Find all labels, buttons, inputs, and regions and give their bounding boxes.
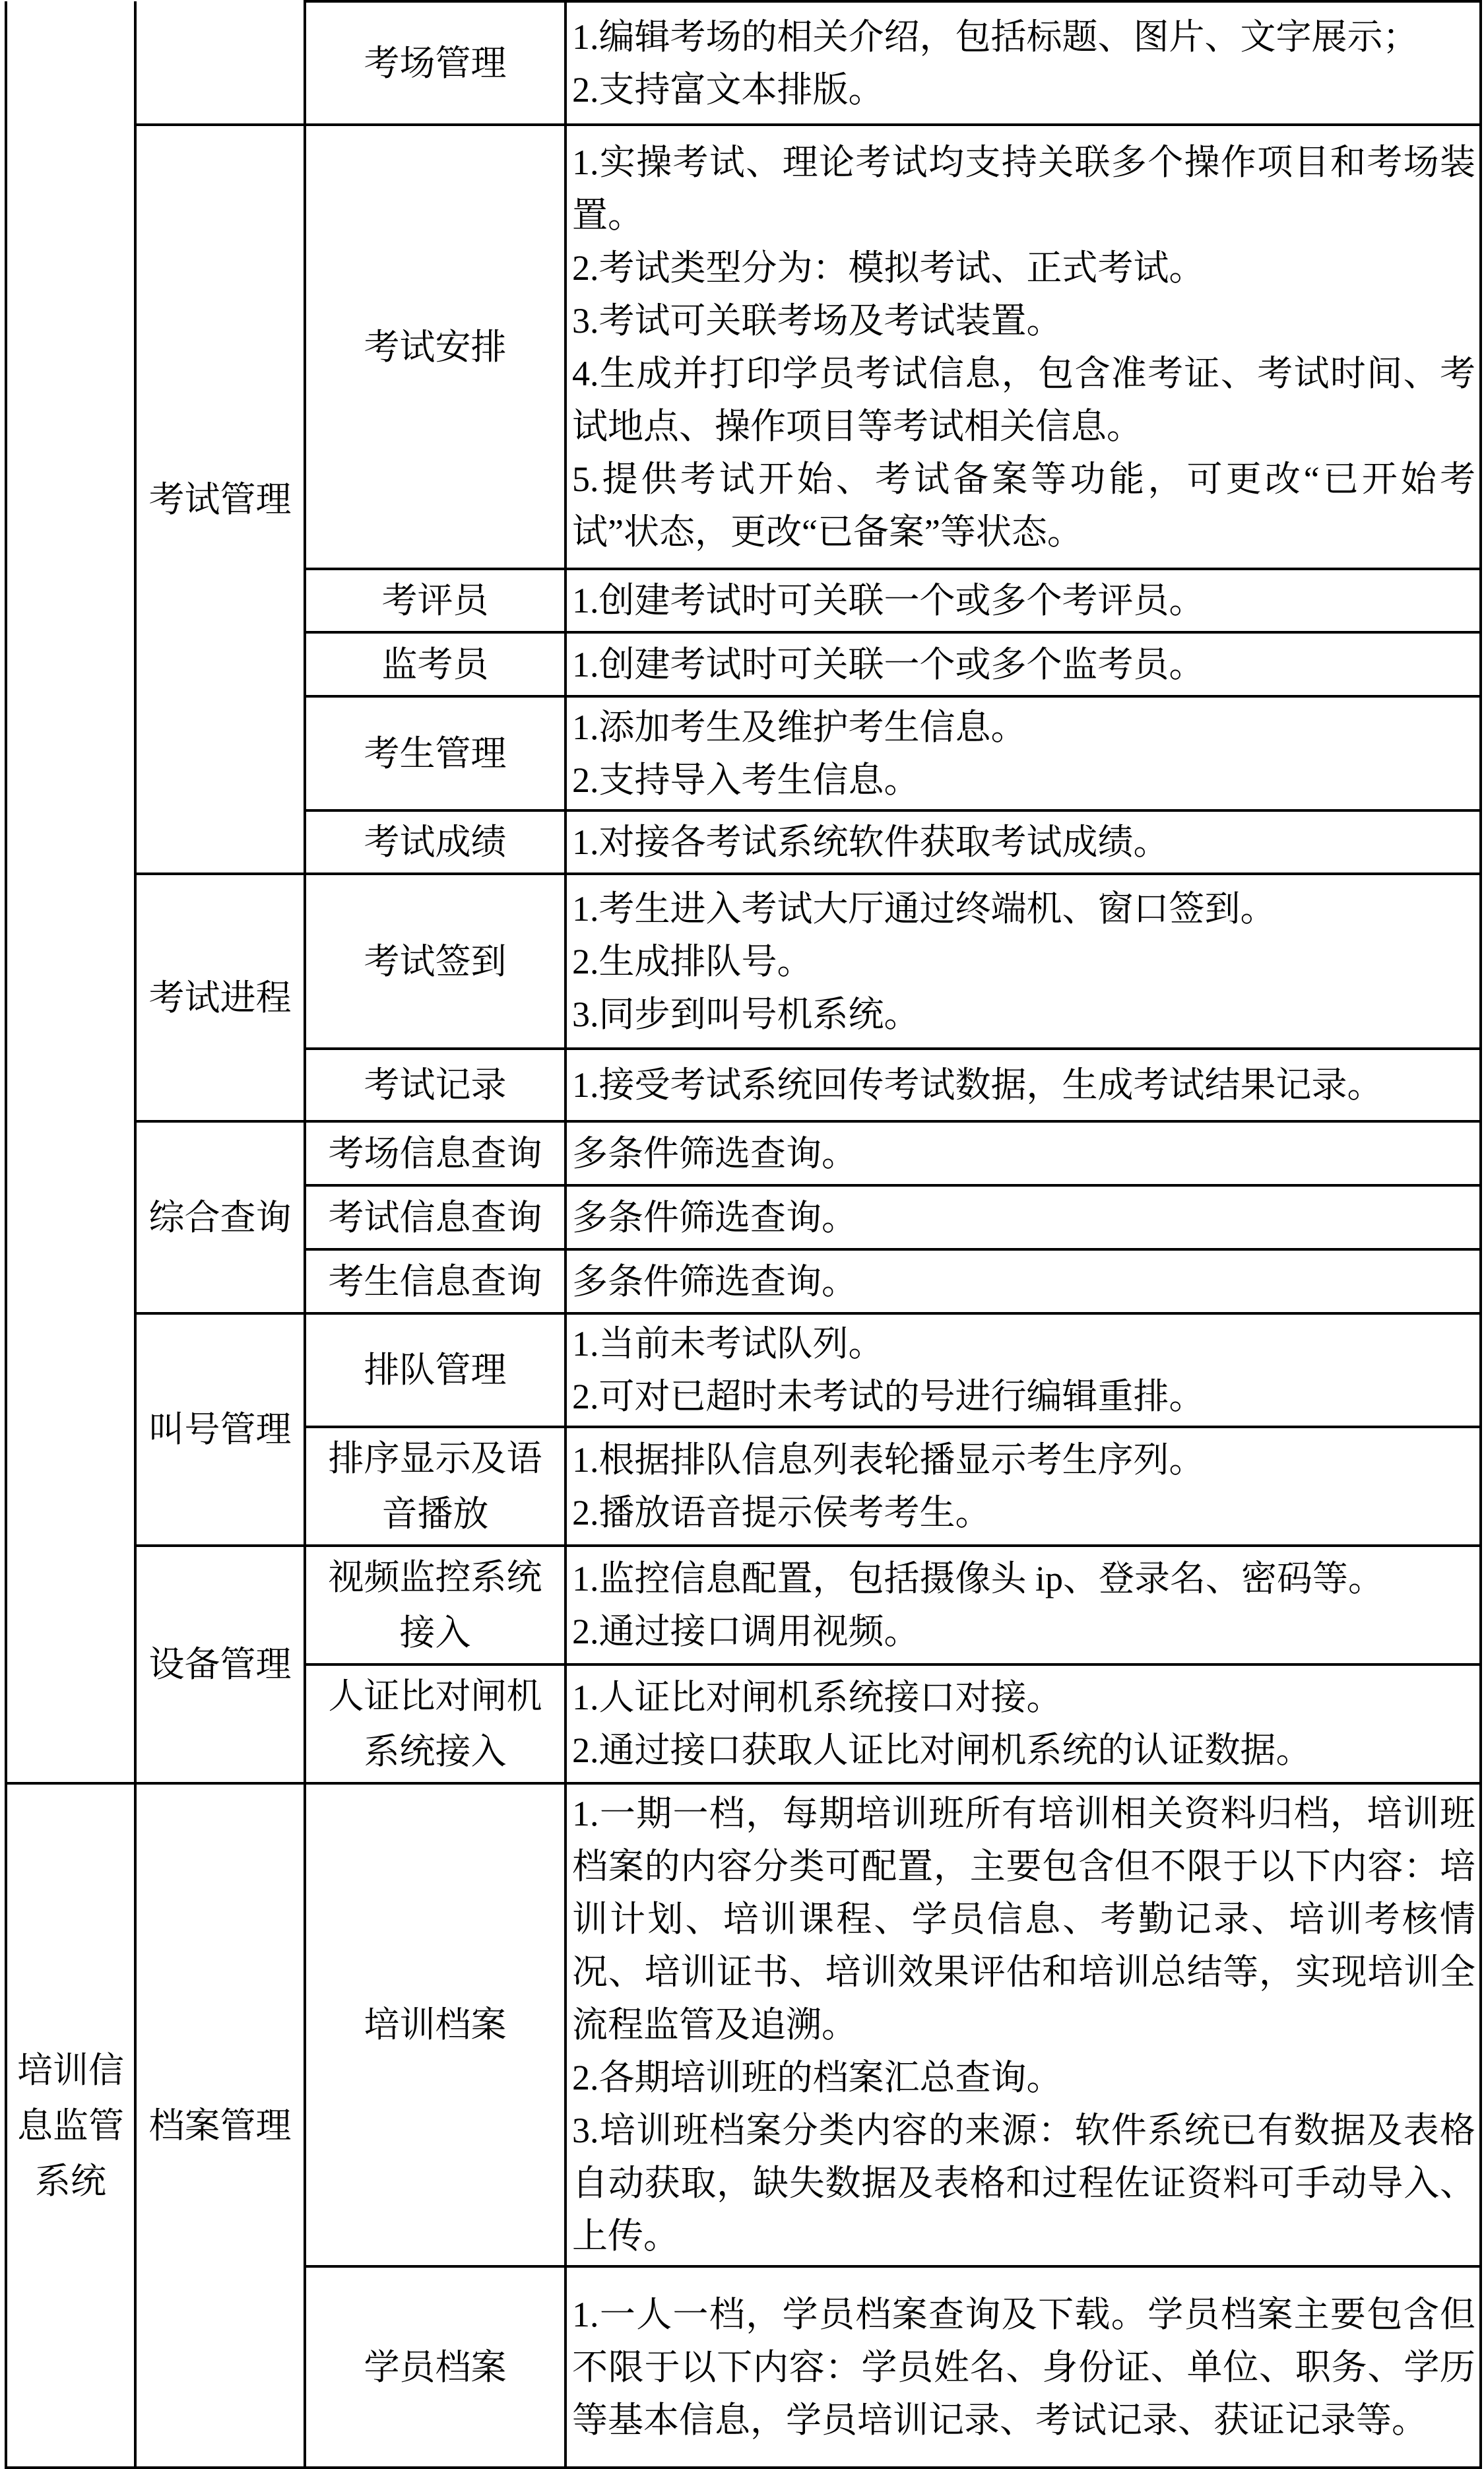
detail-item: 2.通过接口调用视频。 [572, 1605, 1475, 1658]
detail-cell: 1.一期一档，每期培训班所有培训相关资料归档，培训班档案的内容分类可配置，主要包… [565, 1783, 1481, 2266]
detail-item: 1.实操考试、理论考试均支持关联多个操作项目和考场装置。 [572, 136, 1475, 242]
module-cell-device-management: 设备管理 [135, 1546, 305, 1783]
detail-cell: 1.当前未考试队列。2.可对已超时未考试的号进行编辑重排。 [565, 1313, 1481, 1427]
detail-item: 1.当前未考试队列。 [572, 1317, 1475, 1370]
detail-cell: 1.根据排队信息列表轮播显示考生序列。2.播放语音提示侯考考生。 [565, 1427, 1481, 1546]
detail-cell: 1.创建考试时可关联一个或多个监考员。 [565, 632, 1481, 696]
detail-item: 1.人证比对闸机系统接口对接。 [572, 1671, 1475, 1724]
feature-cell: 考试信息查询 [305, 1185, 565, 1249]
detail-item: 多条件筛选查询。 [572, 1255, 1475, 1308]
detail-item: 1.一人一档，学员档案查询及下载。学员档案主要包含但不限于以下内容：学员姓名、身… [572, 2288, 1475, 2447]
detail-item: 3.同步到叫号机系统。 [572, 988, 1475, 1041]
detail-cell: 1.考生进入考试大厅通过终端机、窗口签到。2.生成排队号。3.同步到叫号机系统。 [565, 874, 1481, 1049]
detail-item: 1.创建考试时可关联一个或多个考评员。 [572, 574, 1475, 627]
feature-cell: 考试安排 [305, 125, 565, 569]
detail-item: 多条件筛选查询。 [572, 1191, 1475, 1244]
detail-item: 5.提供考试开始、考试备案等功能，可更改“已开始考试”状态，更改“已备案”等状态… [572, 453, 1475, 558]
feature-cell: 人证比对闸机系统接入 [305, 1664, 565, 1783]
system-cell-previous [6, 1, 135, 1783]
detail-item: 1.根据排队信息列表轮播显示考生序列。 [572, 1433, 1475, 1486]
table-row: 综合查询 考场信息查询 多条件筛选查询。 [6, 1121, 1481, 1185]
feature-cell: 视频监控系统接入 [305, 1546, 565, 1664]
system-cell-training-supervision: 培训信息监管系统 [6, 1783, 135, 2468]
feature-cell: 考生管理 [305, 696, 565, 810]
detail-cell: 1.接受考试系统回传考试数据，生成考试结果记录。 [565, 1049, 1481, 1121]
detail-cell: 1.一人一档，学员档案查询及下载。学员档案主要包含但不限于以下内容：学员姓名、身… [565, 2266, 1481, 2468]
detail-item: 1.一期一档，每期培训班所有培训相关资料归档，培训班档案的内容分类可配置，主要包… [572, 1787, 1475, 2051]
detail-item: 1.考生进入考试大厅通过终端机、窗口签到。 [572, 882, 1475, 935]
module-cell-previous [135, 1, 305, 125]
detail-cell: 1.创建考试时可关联一个或多个考评员。 [565, 569, 1481, 632]
detail-cell: 1.监控信息配置，包括摄像头 ip、登录名、密码等。2.通过接口调用视频。 [565, 1546, 1481, 1664]
feature-cell: 考场信息查询 [305, 1121, 565, 1185]
detail-cell: 1.实操考试、理论考试均支持关联多个操作项目和考场装置。2.考试类型分为：模拟考… [565, 125, 1481, 569]
detail-item: 2.通过接口获取人证比对闸机系统的认证数据。 [572, 1724, 1475, 1777]
table-row: 考试管理 考试安排 1.实操考试、理论考试均支持关联多个操作项目和考场装置。2.… [6, 125, 1481, 569]
detail-item: 多条件筛选查询。 [572, 1127, 1475, 1180]
module-cell-exam-progress: 考试进程 [135, 874, 305, 1121]
detail-item: 2.生成排队号。 [572, 935, 1475, 988]
detail-item: 1.接受考试系统回传考试数据，生成考试结果记录。 [572, 1059, 1475, 1111]
detail-item: 1.创建考试时可关联一个或多个监考员。 [572, 638, 1475, 691]
feature-cell: 考试签到 [305, 874, 565, 1049]
table-row: 培训信息监管系统 档案管理 培训档案 1.一期一档，每期培训班所有培训相关资料归… [6, 1783, 1481, 2266]
detail-item: 1.监控信息配置，包括摄像头 ip、登录名、密码等。 [572, 1552, 1475, 1605]
module-cell-exam-management: 考试管理 [135, 125, 305, 874]
detail-item: 1.对接各考试系统软件获取考试成绩。 [572, 816, 1475, 869]
detail-cell: 多条件筛选查询。 [565, 1121, 1481, 1185]
detail-cell: 1.对接各考试系统软件获取考试成绩。 [565, 810, 1481, 874]
table-row: 设备管理 视频监控系统接入 1.监控信息配置，包括摄像头 ip、登录名、密码等。… [6, 1546, 1481, 1664]
detail-item: 2.播放语音提示侯考考生。 [572, 1486, 1475, 1539]
table-row: 考场管理 1.编辑考场的相关介绍，包括标题、图片、文字展示；2.支持富文本排版。 [6, 1, 1481, 125]
module-cell-comprehensive-query: 综合查询 [135, 1121, 305, 1313]
feature-cell: 考场管理 [305, 1, 565, 125]
feature-cell: 学员档案 [305, 2266, 565, 2468]
detail-cell: 1.添加考生及维护考生信息。2.支持导入考生信息。 [565, 696, 1481, 810]
feature-cell: 排队管理 [305, 1313, 565, 1427]
detail-cell: 1.人证比对闸机系统接口对接。2.通过接口获取人证比对闸机系统的认证数据。 [565, 1664, 1481, 1783]
detail-item: 2.考试类型分为：模拟考试、正式考试。 [572, 242, 1475, 294]
table-row: 考试进程 考试签到 1.考生进入考试大厅通过终端机、窗口签到。2.生成排队号。3… [6, 874, 1481, 1049]
detail-cell: 1.编辑考场的相关介绍，包括标题、图片、文字展示；2.支持富文本排版。 [565, 1, 1481, 125]
detail-cell: 多条件筛选查询。 [565, 1185, 1481, 1249]
feature-cell: 考试成绩 [305, 810, 565, 874]
feature-cell: 排序显示及语音播放 [305, 1427, 565, 1546]
requirements-table: 考场管理 1.编辑考场的相关介绍，包括标题、图片、文字展示；2.支持富文本排版。… [5, 0, 1482, 2469]
document-page: { "colors": { "background": "#ffffff", "… [0, 0, 1484, 2453]
detail-item: 2.可对已超时未考试的号进行编辑重排。 [572, 1370, 1475, 1423]
detail-item: 2.各期培训班的档案汇总查询。 [572, 2051, 1475, 2104]
detail-item: 2.支持富文本排版。 [572, 63, 1475, 116]
detail-item: 1.编辑考场的相关介绍，包括标题、图片、文字展示； [572, 11, 1475, 63]
module-cell-archive-management: 档案管理 [135, 1783, 305, 2468]
module-cell-queue-management: 叫号管理 [135, 1313, 305, 1546]
detail-item: 1.添加考生及维护考生信息。 [572, 701, 1475, 754]
detail-item: 4.生成并打印学员考试信息，包含准考证、考试时间、考试地点、操作项目等考试相关信… [572, 347, 1475, 453]
detail-cell: 多条件筛选查询。 [565, 1249, 1481, 1313]
feature-cell: 考评员 [305, 569, 565, 632]
feature-cell: 考生信息查询 [305, 1249, 565, 1313]
detail-item: 3.培训班档案分类内容的来源：软件系统已有数据及表格自动获取，缺失数据及表格和过… [572, 2104, 1475, 2262]
detail-item: 2.支持导入考生信息。 [572, 754, 1475, 807]
feature-cell: 培训档案 [305, 1783, 565, 2266]
detail-item: 3.考试可关联考场及考试装置。 [572, 294, 1475, 347]
table-row: 叫号管理 排队管理 1.当前未考试队列。2.可对已超时未考试的号进行编辑重排。 [6, 1313, 1481, 1427]
feature-cell: 考试记录 [305, 1049, 565, 1121]
feature-cell: 监考员 [305, 632, 565, 696]
